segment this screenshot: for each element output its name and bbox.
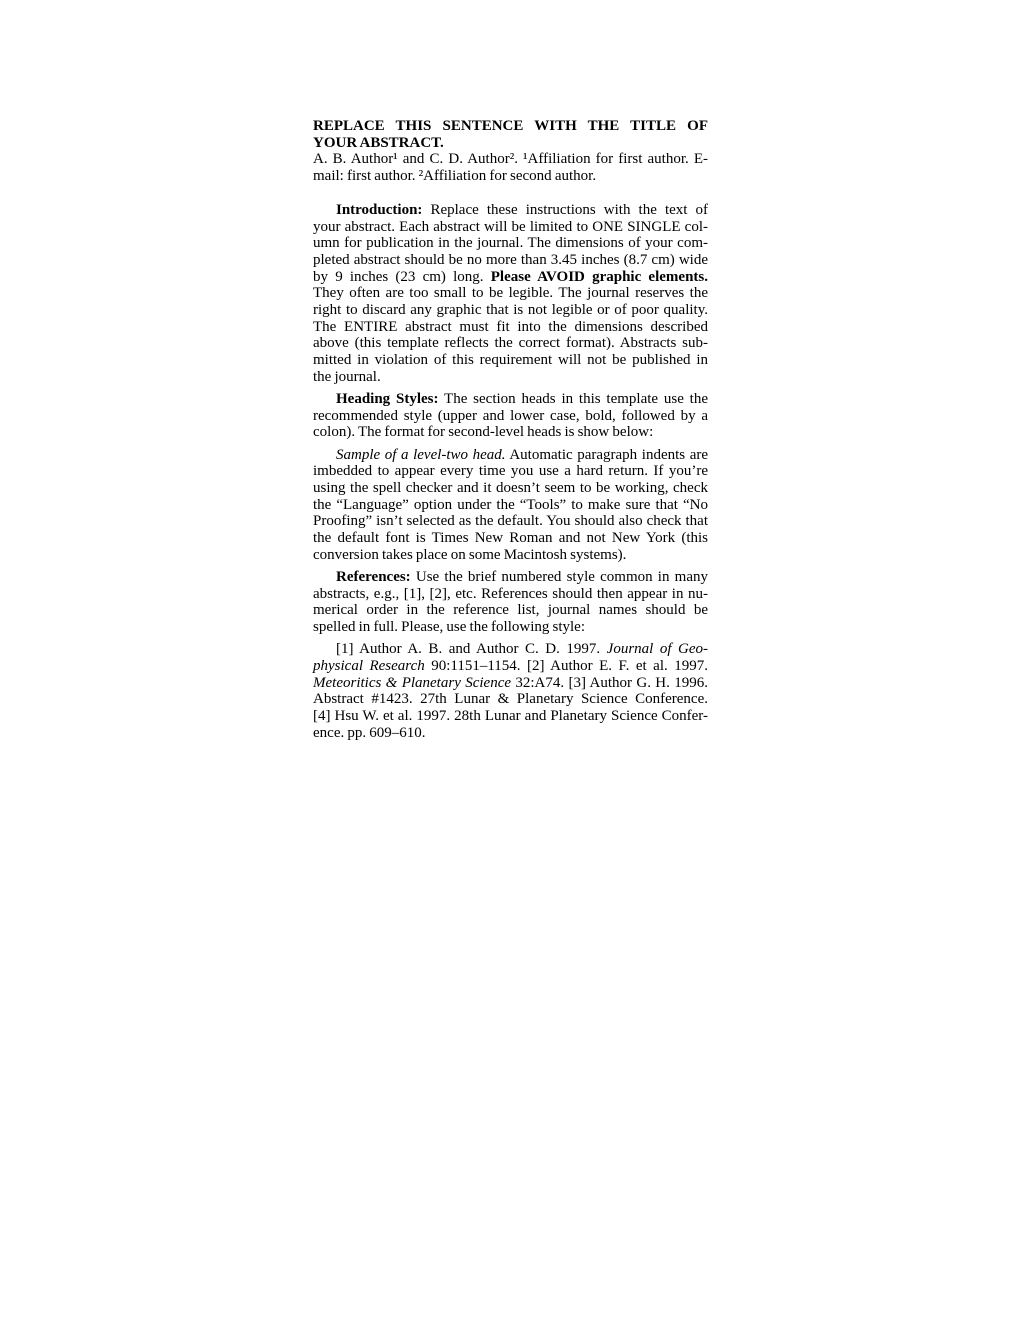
text-run: merical order in the reference list, jou… xyxy=(313,602,708,618)
text-run: your abstract. Each abstract will be lim… xyxy=(313,219,708,235)
text-line: conversion takes place on some Macintosh… xyxy=(313,547,708,564)
text-line: by 9 inches (23 cm) long. Please AVOID g… xyxy=(313,269,708,286)
text-line: Sample of a level-two head. Automatic pa… xyxy=(313,447,708,464)
text-run: Proofing” isn’t selected as the default.… xyxy=(313,513,708,529)
document-page: REPLACE THIS SENTENCE WITH THE TITLE OFY… xyxy=(0,0,1020,1320)
text-line: Abstract #1423. 27th Lunar & Planetary S… xyxy=(313,691,708,708)
text-run: above (this template reflects the correc… xyxy=(313,335,708,351)
text-line: Meteoritics & Planetary Science 32:A74. … xyxy=(313,675,708,692)
text-line: mail: first author. ²Affiliation for sec… xyxy=(313,168,708,185)
text-line: Heading Styles: The section heads in thi… xyxy=(313,391,708,408)
text-run: recommended style (upper and lower case,… xyxy=(313,408,708,424)
text-line: merical order in the reference list, jou… xyxy=(313,602,708,619)
text-run: Use the brief numbered style common in m… xyxy=(411,569,708,585)
text-run: 90:1151–1154. [2] Author E. F. et al. 19… xyxy=(425,658,708,674)
reference-list-paragraph: [1] Author A. B. and Author C. D. 1997. … xyxy=(313,641,708,741)
text-run: Abstract #1423. 27th Lunar & Planetary S… xyxy=(313,691,708,707)
text-line: [1] Author A. B. and Author C. D. 1997. … xyxy=(313,641,708,658)
text-line: spelled in full. Please, use the followi… xyxy=(313,619,708,636)
text-run: physical Research xyxy=(313,658,425,674)
text-run: imbedded to appear every time you use a … xyxy=(313,463,708,479)
text-run: by 9 inches (23 cm) long. xyxy=(313,269,491,285)
text-line: Proofing” isn’t selected as the default.… xyxy=(313,513,708,530)
text-run: Replace these instructions with the text… xyxy=(422,202,708,218)
text-line: YOUR ABSTRACT. xyxy=(313,135,708,152)
references-paragraph: References: Use the brief numbered style… xyxy=(313,569,708,636)
text-line: imbedded to appear every time you use a … xyxy=(313,463,708,480)
text-line: right to discard any graphic that is not… xyxy=(313,302,708,319)
text-run: YOUR ABSTRACT. xyxy=(313,135,444,151)
text-line: [4] Hsu W. et al. 1997. 28th Lunar and P… xyxy=(313,708,708,725)
text-run: ence. pp. 609–610. xyxy=(313,725,426,741)
text-line: above (this template reflects the correc… xyxy=(313,335,708,352)
text-run: REPLACE THIS SENTENCE WITH THE TITLE OF xyxy=(313,118,708,134)
text-line: the default font is Times New Roman and … xyxy=(313,530,708,547)
text-run: abstracts, e.g., [1], [2], etc. Referenc… xyxy=(313,586,708,602)
text-line: using the spell checker and it doesn’t s… xyxy=(313,480,708,497)
text-run: using the spell checker and it doesn’t s… xyxy=(313,480,708,496)
text-line: abstracts, e.g., [1], [2], etc. Referenc… xyxy=(313,586,708,603)
text-run: mitted in violation of this requirement … xyxy=(313,352,708,368)
heading-styles-paragraph: Heading Styles: The section heads in thi… xyxy=(313,391,708,441)
text-line: REPLACE THIS SENTENCE WITH THE TITLE OF xyxy=(313,118,708,135)
text-run: Meteoritics & Planetary Science xyxy=(313,675,511,691)
text-line: pleted abstract should be no more than 3… xyxy=(313,252,708,269)
text-run: right to discard any graphic that is not… xyxy=(313,302,708,318)
text-run: [1] Author A. B. and Author C. D. 1997. xyxy=(336,641,607,657)
text-line: recommended style (upper and lower case,… xyxy=(313,408,708,425)
text-run: The section heads in this template use t… xyxy=(439,391,709,407)
text-line: the “Language” option under the “Tools” … xyxy=(313,497,708,514)
text-line: References: Use the brief numbered style… xyxy=(313,569,708,586)
text-run: colon). The format for second-level head… xyxy=(313,424,653,440)
text-run: [4] Hsu W. et al. 1997. 28th Lunar and P… xyxy=(313,708,708,724)
text-run: conversion takes place on some Macintosh… xyxy=(313,547,626,563)
text-line: ence. pp. 609–610. xyxy=(313,725,708,742)
text-run: Heading Styles: xyxy=(336,391,439,407)
text-run: spelled in full. Please, use the followi… xyxy=(313,619,585,635)
text-run: umn for publication in the journal. The … xyxy=(313,235,708,251)
text-run: They often are too small to be legible. … xyxy=(313,285,708,301)
text-run: pleted abstract should be no more than 3… xyxy=(313,252,708,268)
text-run: Automatic paragraph indents are xyxy=(506,447,708,463)
level-two-head-sample-paragraph: Sample of a level-two head. Automatic pa… xyxy=(313,447,708,564)
text-line: The ENTIRE abstract must fit into the di… xyxy=(313,319,708,336)
text-run: the default font is Times New Roman and … xyxy=(313,530,708,546)
text-line: They often are too small to be legible. … xyxy=(313,285,708,302)
text-run: The ENTIRE abstract must fit into the di… xyxy=(313,319,708,335)
abstract-title: REPLACE THIS SENTENCE WITH THE TITLE OFY… xyxy=(313,118,708,151)
introduction-paragraph: Introduction: Replace these instructions… xyxy=(313,202,708,385)
text-run: Please AVOID graphic elements. xyxy=(491,269,708,285)
text-run: mail: first author. ²Affiliation for sec… xyxy=(313,168,596,184)
text-run: Journal of Geo- xyxy=(607,641,708,657)
text-run: the “Language” option under the “Tools” … xyxy=(313,497,708,513)
text-run: 32:A74. [3] Author G. H. 1996. xyxy=(511,675,708,691)
abstract-text-column: REPLACE THIS SENTENCE WITH THE TITLE OFY… xyxy=(313,118,708,741)
text-run: Sample of a level-two head. xyxy=(336,447,506,463)
text-line: umn for publication in the journal. The … xyxy=(313,235,708,252)
text-line: Introduction: Replace these instructions… xyxy=(313,202,708,219)
text-line: your abstract. Each abstract will be lim… xyxy=(313,219,708,236)
blank-line xyxy=(313,185,708,202)
text-run: Introduction: xyxy=(336,202,422,218)
text-line: physical Research 90:1151–1154. [2] Auth… xyxy=(313,658,708,675)
text-line: the journal. xyxy=(313,369,708,386)
text-line: mitted in violation of this requirement … xyxy=(313,352,708,369)
text-run: References: xyxy=(336,569,411,585)
author-affiliation: A. B. Author¹ and C. D. Author². ¹Affili… xyxy=(313,151,708,184)
text-run: A. B. Author¹ and C. D. Author². ¹Affili… xyxy=(313,151,708,167)
text-line: A. B. Author¹ and C. D. Author². ¹Affili… xyxy=(313,151,708,168)
text-line: colon). The format for second-level head… xyxy=(313,424,708,441)
text-run: the journal. xyxy=(313,369,381,385)
